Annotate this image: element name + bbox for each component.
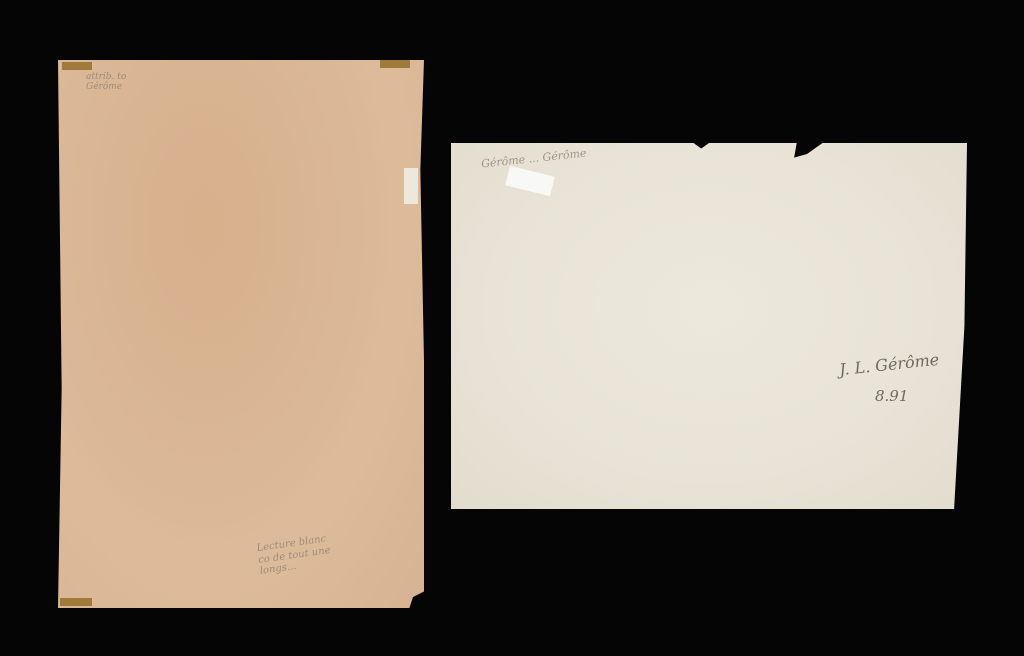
left-paper-sheet: attrib. to Gérôme Lecture blanc co de to… <box>58 60 424 608</box>
artist-signature: J. L. Gérôme <box>838 350 940 380</box>
tape-mark <box>380 60 410 68</box>
right-paper-sheet: Gérôme ... Gérôme J. L. Gérôme 8.91 <box>451 143 967 509</box>
pencil-note-bottom: Lecture blanc co de tout une longs... <box>256 533 333 577</box>
tape-mark <box>60 598 92 606</box>
tape-mark <box>62 62 92 70</box>
white-label-sticker <box>505 166 554 197</box>
date-inscription: 8.91 <box>875 387 908 405</box>
pencil-note-top: attrib. to Gérôme <box>86 72 126 93</box>
paper-tab <box>404 168 418 204</box>
pencil-note-top: Gérôme ... Gérôme <box>481 148 587 172</box>
